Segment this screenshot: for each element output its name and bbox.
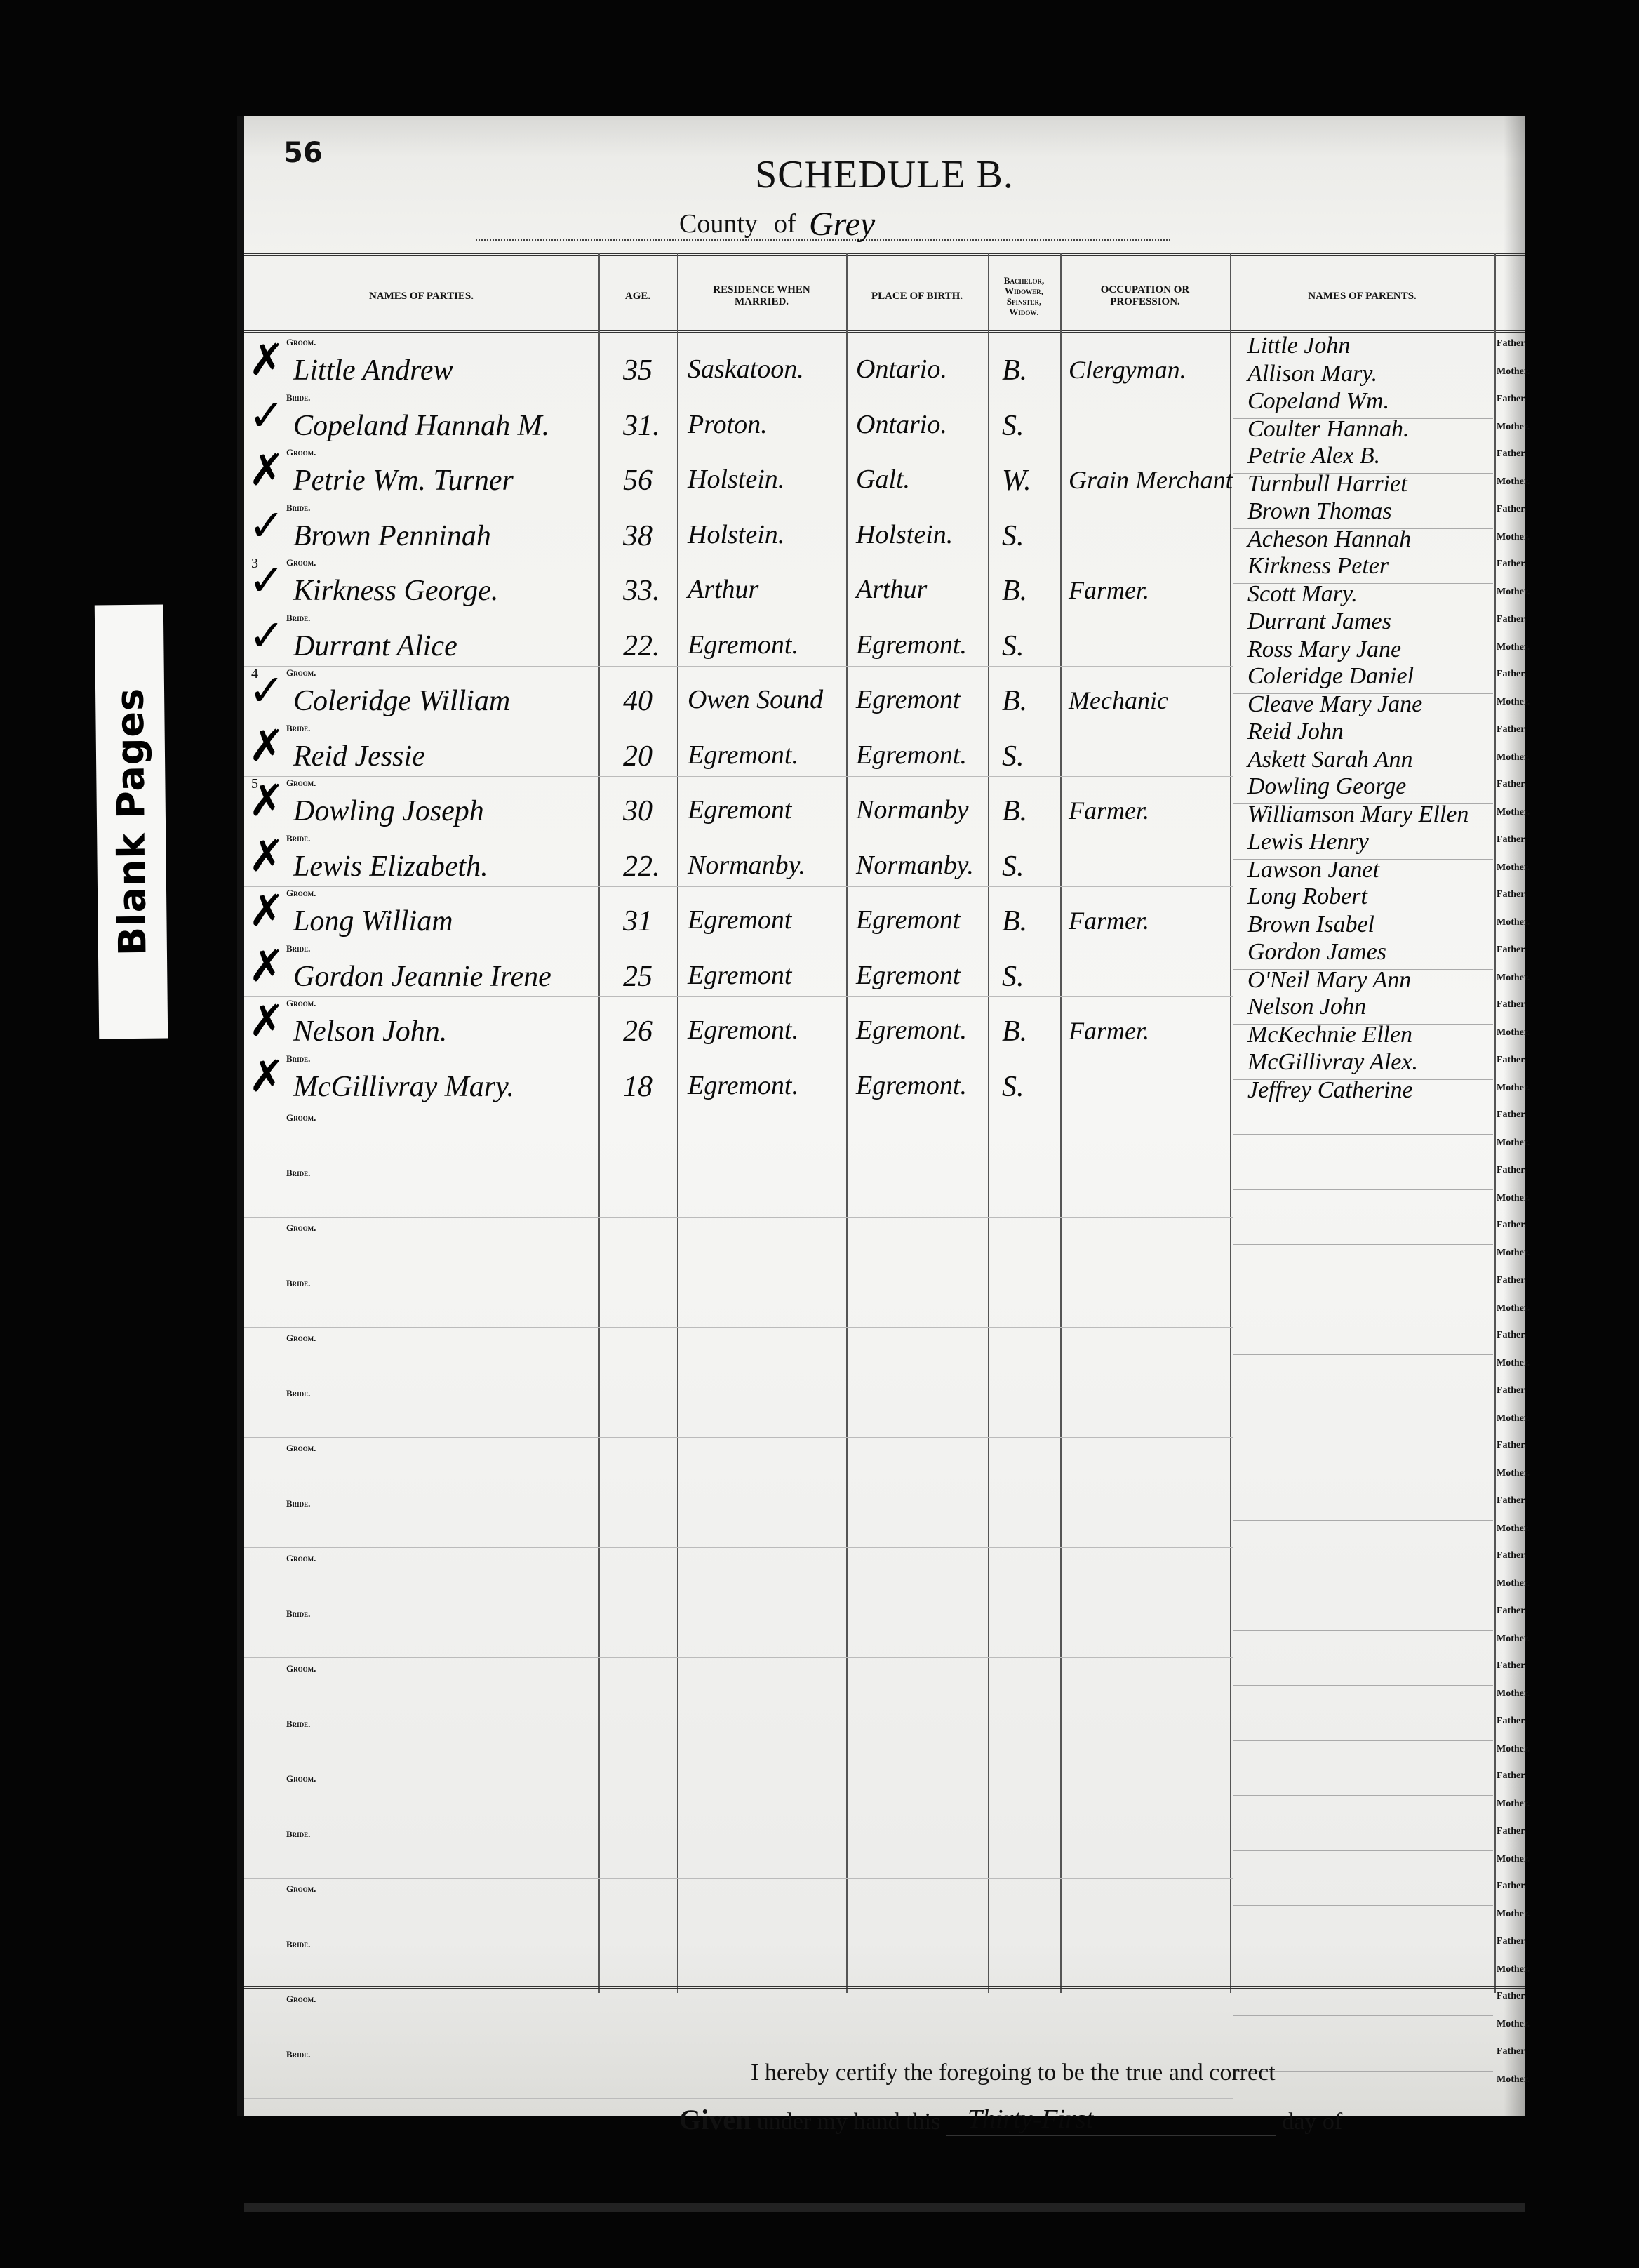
mother-name: Turnbull Harriet [1247, 471, 1407, 498]
table-row: Groom.Father.Mother. [244, 1547, 1525, 1603]
party-status: S. [1002, 519, 1024, 553]
father-label: Father. [1497, 724, 1527, 735]
parent-divider [1233, 1300, 1493, 1300]
parent-divider [1233, 1134, 1493, 1135]
mother-name: O'Neil Mary Ann [1247, 967, 1411, 994]
table-row: ✗Groom.Long William31EgremontEgremontB.F… [244, 886, 1525, 942]
day-value: Thirty-First [968, 2104, 1093, 2135]
parent-divider [1233, 1961, 1493, 1961]
father-label: Father. [1497, 945, 1527, 956]
party-role-label: Bride. [286, 833, 310, 844]
party-occupation: Farmer. [1069, 575, 1149, 605]
mother-label: Mother. [1497, 1909, 1530, 1920]
party-role-label: Bride. [286, 1939, 310, 1950]
party-role-label: Groom. [286, 557, 316, 568]
col-header-names: NAMES OF PARTIES. [244, 268, 598, 324]
father-name: Long Robert [1247, 883, 1367, 910]
table-row: ✗Groom.Little Andrew35Saskatoon.Ontario.… [244, 335, 1525, 392]
parent-divider [1233, 749, 1493, 749]
party-residence: Proton. [688, 409, 768, 440]
father-label: Father. [1497, 1991, 1527, 2002]
party-name: Durrant Alice [293, 629, 457, 663]
party-status: B. [1002, 574, 1027, 608]
father-label: Father. [1497, 614, 1527, 625]
check-mark-icon: ✗ [248, 999, 285, 1043]
party-birthplace: Ontario. [856, 409, 947, 440]
party-birthplace: Arthur [856, 574, 927, 605]
check-mark-icon: ✗ [248, 779, 285, 822]
mother-label: Mother. [1497, 917, 1530, 928]
check-mark-icon: ✗ [248, 448, 285, 492]
mother-name: Scott Mary. [1247, 581, 1358, 608]
father-label: Father. [1497, 504, 1527, 515]
day-of-text: day of [1282, 2109, 1342, 2135]
parent-divider [1233, 363, 1493, 363]
table-row: ✓Bride.Brown Penninah38Holstein.Holstein… [244, 501, 1525, 557]
father-label: Father. [1497, 1770, 1527, 1782]
party-role-label: Bride. [286, 613, 310, 624]
party-status: W. [1002, 464, 1031, 498]
table-row: Groom.Father.Mother. [244, 1437, 1525, 1493]
col-header-occupation: OCCUPATION OR PROFESSION. [1060, 268, 1230, 324]
day-field: Thirty-First [946, 2111, 1276, 2136]
party-occupation: Farmer. [1069, 796, 1149, 825]
party-residence: Egremont. [688, 1015, 798, 1046]
parent-divider [1233, 1905, 1493, 1906]
parent-divider [1233, 1575, 1493, 1575]
parent-divider [1233, 803, 1493, 804]
parent-divider [1233, 969, 1493, 970]
party-name: Long William [293, 905, 453, 938]
mother-label: Mother. [1497, 366, 1530, 378]
father-name: Copeland Wm. [1247, 388, 1389, 415]
father-name: Brown Thomas [1247, 498, 1392, 525]
party-role-label: Bride. [286, 392, 310, 403]
party-role-label: Bride. [286, 1053, 310, 1065]
party-birthplace: Ontario. [856, 354, 947, 385]
table-row: ✗Bride.Gordon Jeannie Irene25EgremontEgr… [244, 942, 1525, 998]
table-row: Bride.Father.Mother. [244, 1493, 1525, 1549]
parent-divider [1233, 1354, 1493, 1355]
party-role-label: Groom. [286, 1443, 316, 1454]
mother-label: Mother. [1497, 973, 1530, 984]
party-role-label: Groom. [286, 667, 316, 679]
check-mark-icon: ✗ [248, 889, 285, 933]
mother-label: Mother. [1497, 476, 1530, 488]
party-residence: Saskatoon. [688, 354, 804, 385]
parent-divider [1233, 1520, 1493, 1521]
parent-divider [1233, 639, 1493, 639]
col-header-parents: NAMES OF PARENTS. [1230, 268, 1494, 324]
party-name: Lewis Elizabeth. [293, 850, 488, 883]
mother-label: Mother. [1497, 1358, 1530, 1369]
father-name: Coleridge Daniel [1247, 663, 1414, 690]
parent-divider [1233, 528, 1493, 529]
parent-divider [1233, 1079, 1493, 1080]
party-status: B. [1002, 684, 1027, 718]
check-mark-icon: ✓ [248, 559, 285, 602]
party-role-label: Bride. [286, 502, 310, 514]
party-birthplace: Galt. [856, 464, 910, 495]
table-row: Bride.Father.Mother. [244, 1162, 1525, 1218]
blank-pages-label: Blank Pages [108, 688, 155, 956]
party-name: Reid Jessie [293, 740, 425, 773]
parent-divider [1233, 1189, 1493, 1190]
father-label: Father. [1497, 669, 1527, 680]
party-occupation: Mechanic [1069, 686, 1168, 715]
party-birthplace: Egremont [856, 684, 960, 715]
county-line: County of Grey [476, 207, 1170, 249]
table-bottom-rule [244, 1986, 1525, 1989]
table-row: ✗Bride.Lewis Elizabeth.22.Normanby.Norma… [244, 832, 1525, 888]
party-residence: Normanby. [688, 850, 805, 881]
party-age: 22. [623, 850, 660, 883]
father-label: Father. [1497, 1440, 1527, 1451]
certification: I hereby certify the foregoing to be the… [244, 2060, 1525, 2144]
party-role-label: Bride. [286, 1829, 310, 1840]
party-occupation: Farmer. [1069, 906, 1149, 935]
father-label: Father. [1497, 2046, 1527, 2057]
party-role-label: Groom. [286, 778, 316, 789]
table-row: ✗Groom.Petrie Wm. Turner56Holstein.Galt.… [244, 446, 1525, 502]
party-residence: Owen Sound [688, 684, 823, 715]
blank-pages-tab: Blank Pages [95, 605, 168, 1039]
party-role-label: Bride. [286, 943, 310, 954]
parent-divider [1233, 418, 1493, 419]
father-label: Father. [1497, 1055, 1527, 1066]
father-name: Durrant James [1247, 608, 1391, 635]
party-role-label: Groom. [286, 1222, 316, 1234]
parent-divider [1233, 1740, 1493, 1741]
county-value: Grey [809, 205, 875, 244]
mother-label: Mother. [1497, 1083, 1530, 1094]
party-residence: Egremont. [688, 629, 798, 660]
party-age: 18 [623, 1070, 653, 1104]
mother-label: Mother. [1497, 1138, 1530, 1149]
parent-divider [1233, 1244, 1493, 1245]
parent-divider [1233, 859, 1493, 860]
party-role-label: Bride. [286, 1498, 310, 1509]
party-status: S. [1002, 409, 1024, 443]
father-label: Father. [1497, 1495, 1527, 1507]
col-header-birthplace: PLACE OF BIRTH. [846, 268, 988, 324]
col-header-age: AGE. [598, 268, 677, 324]
mother-label: Mother. [1497, 1523, 1530, 1535]
party-occupation: Clergyman. [1069, 355, 1186, 385]
party-birthplace: Egremont. [856, 629, 967, 660]
party-role-label: Bride. [286, 1608, 310, 1620]
party-residence: Holstein. [688, 464, 784, 495]
father-name: Petrie Alex B. [1247, 443, 1380, 469]
table-row: Groom.Father.Mother. [244, 1327, 1525, 1383]
of-label: of [774, 208, 796, 239]
father-name: Kirkness Peter [1247, 553, 1389, 580]
father-label: Father. [1497, 1881, 1527, 1892]
party-role-label: Groom. [286, 998, 316, 1009]
father-label: Father. [1497, 1936, 1527, 1947]
parent-divider [1233, 1465, 1493, 1465]
mother-name: Brown Isabel [1247, 912, 1374, 938]
party-status: S. [1002, 629, 1024, 663]
father-label: Father. [1497, 1330, 1527, 1341]
mother-label: Mother. [1497, 1578, 1530, 1589]
party-occupation: Grain Merchant [1069, 465, 1233, 495]
check-mark-icon: ✓ [248, 614, 285, 658]
mother-name: Askett Sarah Ann [1247, 747, 1412, 773]
father-name: Lewis Henry [1247, 829, 1369, 855]
father-label: Father. [1497, 834, 1527, 846]
party-age: 33. [623, 574, 660, 608]
check-mark-icon: ✗ [248, 945, 285, 988]
party-age: 30 [623, 794, 653, 828]
table-row: 5✗Groom.Dowling Joseph30EgremontNormanby… [244, 776, 1525, 832]
parent-divider [1233, 1024, 1493, 1025]
table-row: Groom.Father.Mother. [244, 1657, 1525, 1714]
father-name: McGillivray Alex. [1247, 1049, 1418, 1076]
register-page: 56 SCHEDULE B. County of Grey NAMES OF P… [237, 116, 1525, 2116]
table-row: Groom.Father.Mother. [244, 1217, 1525, 1273]
party-age: 38 [623, 519, 653, 553]
parent-divider [1233, 1630, 1493, 1631]
given-text: under my hand this [757, 2109, 941, 2135]
certify-line: I hereby certify the foregoing to be the… [751, 2060, 1276, 2086]
mother-label: Mother. [1497, 862, 1530, 874]
mother-name: Cleave Mary Jane [1247, 691, 1422, 718]
marriage-register-table: NAMES OF PARTIES. AGE. RESIDENCE WHEN MA… [244, 253, 1525, 1993]
parent-divider [1233, 1410, 1493, 1410]
given-word: Given [679, 2104, 751, 2135]
party-status: S. [1002, 740, 1024, 773]
mother-label: Mother. [1497, 1854, 1530, 1865]
mother-name: Coulter Hannah. [1247, 416, 1409, 443]
mother-label: Mother. [1497, 697, 1530, 708]
father-label: Father. [1497, 1275, 1527, 1286]
table-row: Bride.Father.Mother. [244, 1933, 1525, 1989]
party-status: S. [1002, 960, 1024, 994]
father-name: Gordon James [1247, 939, 1386, 966]
party-birthplace: Egremont [856, 905, 960, 935]
mother-label: Mother. [1497, 807, 1530, 818]
parent-divider [1233, 1685, 1493, 1686]
check-mark-icon: ✗ [248, 724, 285, 768]
party-age: 22. [623, 629, 660, 663]
parent-divider [1233, 1795, 1493, 1796]
father-label: Father. [1497, 1716, 1527, 1727]
party-name: Brown Penninah [293, 519, 491, 553]
mother-label: Mother. [1497, 1468, 1530, 1479]
check-mark-icon: ✓ [248, 504, 285, 547]
mother-name: Allison Mary. [1247, 361, 1377, 387]
party-age: 31. [623, 409, 660, 443]
parent-divider [1233, 583, 1493, 584]
mother-name: McKechnie Ellen [1247, 1022, 1412, 1048]
mother-name: Williamson Mary Ellen [1247, 801, 1469, 828]
party-role-label: Groom. [286, 888, 316, 899]
table-row: Bride.Father.Mother. [244, 1272, 1525, 1328]
party-role-label: Bride. [286, 723, 310, 734]
mother-label: Mother. [1497, 752, 1530, 763]
party-age: 26 [623, 1015, 653, 1048]
party-role-label: Groom. [286, 1883, 316, 1895]
mother-name: Acheson Hannah [1247, 526, 1411, 553]
table-row: 3✓Groom.Kirkness George.33.ArthurArthurB… [244, 556, 1525, 612]
party-status: B. [1002, 354, 1027, 387]
father-name: Reid John [1247, 719, 1344, 745]
party-residence: Holstein. [688, 519, 784, 550]
table-row: Groom.Father.Mother. [244, 1107, 1525, 1163]
party-role-label: Groom. [286, 1773, 316, 1785]
table-row: Groom.Father.Mother. [244, 1988, 1525, 2044]
party-residence: Egremont [688, 794, 791, 825]
party-name: Little Andrew [293, 354, 453, 387]
party-birthplace: Egremont. [856, 740, 967, 771]
party-status: B. [1002, 905, 1027, 938]
table-row: ✓Bride.Copeland Hannah M.31.Proton.Ontar… [244, 391, 1525, 447]
table-row: ✗Bride.Reid Jessie20Egremont.Egremont.S.… [244, 721, 1525, 778]
mother-label: Mother. [1497, 1027, 1530, 1039]
party-name: Nelson John. [293, 1015, 447, 1048]
father-label: Father. [1497, 1220, 1527, 1231]
father-label: Father. [1497, 779, 1527, 790]
father-label: Father. [1497, 559, 1527, 570]
check-mark-icon: ✗ [248, 1055, 285, 1098]
party-residence: Egremont [688, 905, 791, 935]
father-label: Father. [1497, 1660, 1527, 1672]
parent-divider [1233, 1850, 1493, 1851]
party-role-label: Bride. [286, 2049, 310, 2060]
mother-name: Ross Mary Jane [1247, 636, 1401, 663]
table-row: Bride.Father.Mother. [244, 1713, 1525, 1769]
mother-label: Mother. [1497, 532, 1530, 543]
mother-label: Mother. [1497, 1634, 1530, 1645]
party-age: 31 [623, 905, 653, 938]
party-role-label: Groom. [286, 1333, 316, 1344]
page-bottom-edge [244, 2203, 1525, 2212]
party-role-label: Bride. [286, 1388, 310, 1399]
party-name: Copeland Hannah M. [293, 409, 549, 443]
party-residence: Egremont [688, 960, 791, 991]
table-row: Bride.Father.Mother. [244, 1382, 1525, 1439]
party-status: S. [1002, 1070, 1024, 1104]
mother-label: Mother. [1497, 1303, 1530, 1314]
father-label: Father. [1497, 394, 1527, 405]
mother-label: Mother. [1497, 1964, 1530, 1975]
party-birthplace: Normanby. [856, 850, 974, 881]
mother-label: Mother. [1497, 1193, 1530, 1204]
party-status: B. [1002, 794, 1027, 828]
party-name: Kirkness George. [293, 574, 498, 608]
father-label: Father. [1497, 1550, 1527, 1561]
party-age: 56 [623, 464, 653, 498]
party-name: Gordon Jeannie Irene [293, 960, 551, 994]
party-occupation: Farmer. [1069, 1016, 1149, 1046]
father-label: Father. [1497, 1385, 1527, 1396]
party-status: B. [1002, 1015, 1027, 1048]
party-role-label: Groom. [286, 337, 316, 348]
father-label: Father. [1497, 338, 1527, 349]
party-name: Dowling Joseph [293, 794, 484, 828]
col-header-residence: RESIDENCE WHEN MARRIED. [677, 268, 846, 324]
check-mark-icon: ✓ [248, 669, 285, 712]
header-top-rule [244, 253, 1525, 256]
mother-label: Mother. [1497, 1248, 1530, 1259]
table-row: ✗Bride.McGillivray Mary.18Egremont.Egrem… [244, 1052, 1525, 1108]
check-mark-icon: ✗ [248, 834, 285, 878]
col-header-status: Bachelor, Widower, Spinster, Widow. [988, 268, 1060, 324]
father-label: Father. [1497, 999, 1527, 1010]
father-label: Father. [1497, 1826, 1527, 1837]
party-role-label: Groom. [286, 1994, 316, 2005]
party-role-label: Bride. [286, 1719, 310, 1730]
county-label: County [679, 208, 758, 239]
mother-label: Mother. [1497, 642, 1530, 653]
father-label: Father. [1497, 1165, 1527, 1176]
mother-name: Lawson Janet [1247, 857, 1379, 883]
party-name: McGillivray Mary. [293, 1070, 514, 1104]
table-row: Groom.Father.Mother. [244, 1878, 1525, 1934]
party-birthplace: Egremont. [856, 1015, 967, 1046]
party-status: S. [1002, 850, 1024, 883]
party-residence: Egremont. [688, 740, 798, 771]
party-role-label: Groom. [286, 447, 316, 458]
parent-divider [1233, 473, 1493, 474]
table-row: Bride.Father.Mother. [244, 1823, 1525, 1879]
father-label: Father. [1497, 889, 1527, 900]
mother-label: Mother. [1497, 1688, 1530, 1700]
party-role-label: Bride. [286, 1168, 310, 1179]
party-birthplace: Egremont. [856, 1070, 967, 1101]
party-age: 40 [623, 684, 653, 718]
father-label: Father. [1497, 448, 1527, 460]
page-title: SCHEDULE B. [244, 152, 1525, 197]
table-row: 4✓Groom.Coleridge William40Owen SoundEgr… [244, 666, 1525, 722]
party-age: 35 [623, 354, 653, 387]
table-row: Groom.Father.Mother. [244, 1768, 1525, 1824]
party-age: 25 [623, 960, 653, 994]
mother-label: Mother. [1497, 587, 1530, 598]
mother-label: Mother. [1497, 422, 1530, 433]
father-name: Dowling George [1247, 773, 1406, 800]
check-mark-icon: ✗ [248, 338, 285, 382]
party-residence: Egremont. [688, 1070, 798, 1101]
mother-name: Jeffrey Catherine [1247, 1077, 1413, 1104]
party-age: 20 [623, 740, 653, 773]
party-birthplace: Normanby [856, 794, 968, 825]
given-line: Given under my hand this Thirty-First da… [679, 2103, 1342, 2136]
mother-label: Mother. [1497, 1744, 1530, 1755]
father-name: Nelson John [1247, 994, 1366, 1020]
party-role-label: Groom. [286, 1553, 316, 1564]
parent-divider [1233, 693, 1493, 694]
parent-divider [1233, 2015, 1493, 2016]
party-birthplace: Holstein. [856, 519, 953, 550]
table-row: Bride.Father.Mother. [244, 1603, 1525, 1659]
party-birthplace: Egremont [856, 960, 960, 991]
party-role-label: Bride. [286, 1278, 310, 1289]
party-role-label: Groom. [286, 1663, 316, 1674]
mother-label: Mother. [1497, 1799, 1530, 1810]
father-label: Father. [1497, 1606, 1527, 1617]
party-name: Coleridge William [293, 684, 510, 718]
father-label: Father. [1497, 1109, 1527, 1121]
parent-divider [1233, 914, 1493, 914]
mother-label: Mother. [1497, 2019, 1530, 2030]
party-residence: Arthur [688, 574, 758, 605]
table-row: ✗Groom.Nelson John.26Egremont.Egremont.B… [244, 996, 1525, 1053]
check-mark-icon: ✓ [248, 394, 285, 437]
father-name: Little John [1247, 333, 1350, 359]
table-row: ✓Bride.Durrant Alice22.Egremont.Egremont… [244, 611, 1525, 667]
